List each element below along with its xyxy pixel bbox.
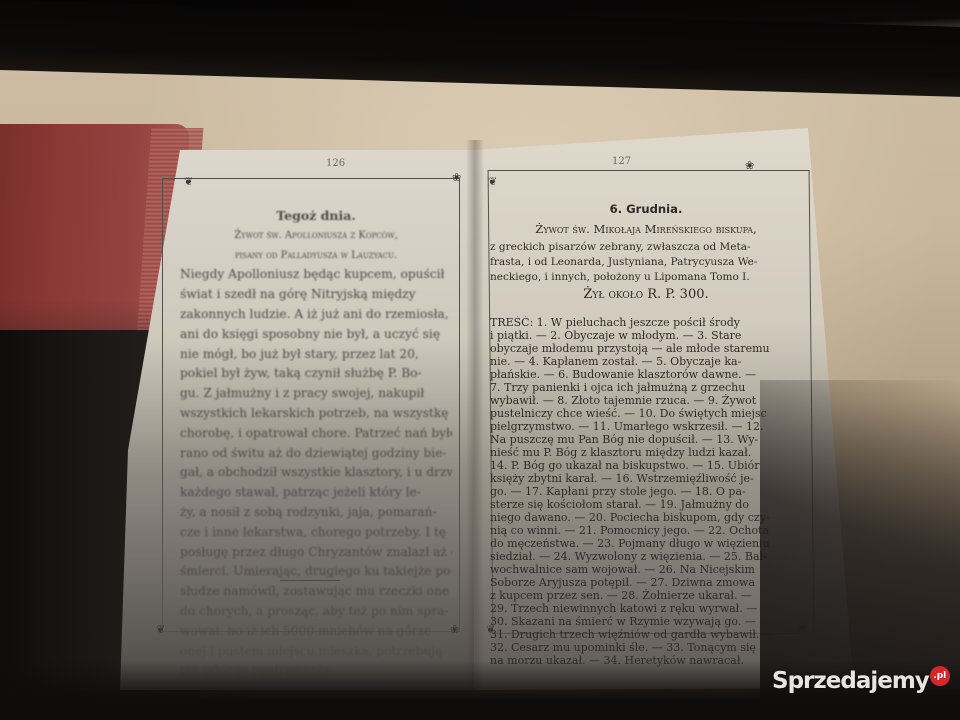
text-line: Soborze Aryjusza potępił. — 27. Dziwna z… <box>490 576 802 589</box>
right-heading: 6. Grudnia. <box>490 200 802 220</box>
text-line: 30. Skazani na śmierć w Rzymie wzywają g… <box>490 615 802 628</box>
text-line: Niegdy Apolloniusz będąc kupcem, opuścił <box>180 265 452 285</box>
text-line: go. — 17. Kapłani przy stole jego. — 18.… <box>490 485 802 498</box>
text-line: nie mógł, bo już był stary, przez lat 20… <box>180 345 452 365</box>
text-line: 31. Drugich trzech więźniów od gardła wy… <box>490 628 802 641</box>
left-heading: Tegoż dnia. <box>180 206 452 226</box>
text-line: nią co winni. — 21. Pomocnicy jego. — 22… <box>490 524 802 537</box>
left-page-text: Tegoż dnia. Żywot św. Apolloniusza z Kop… <box>180 206 452 681</box>
right-page-text: 6. Grudnia. Żywot św. Mikołaja Mireńskie… <box>490 200 802 667</box>
text-line: nieść mu P. Bóg z klasztoru między ludzi… <box>490 446 802 459</box>
left-page-number: 126 <box>326 158 345 169</box>
text-line: z kupcem przez sen. — 28. Żołnierze ukar… <box>490 589 802 602</box>
text-line: obyczaje młodemu przystoją — ale młode s… <box>490 342 802 355</box>
text-line: 14. P. Bóg go ukazał na biskupstwo. — 15… <box>490 459 802 472</box>
ornament-icon: ❦ <box>156 624 165 635</box>
ornament-icon: ❀ <box>452 172 461 183</box>
text-line: do męczeństwa. — 23. Pojmany długo w wię… <box>490 537 802 550</box>
text-line: 29. Trzech niewinnych katowi z ręku wyrw… <box>490 602 802 615</box>
text-line: i piątki. — 2. Obyczaje w młodym. — 3. S… <box>490 329 802 342</box>
text-line: pokiel był żyw, taką czynił służbę P. Bo… <box>180 364 452 384</box>
ornament-icon: ❦ <box>184 176 193 187</box>
text-line: pustelniczy chce wieść. — 10. Do świętyc… <box>490 407 802 420</box>
text-line: Na puszczę mu Pan Bóg nie dopuścił. — 13… <box>490 433 802 446</box>
text-line: gał, a obchodził wszystkie klasztory, i … <box>180 463 452 483</box>
text-line: nie. — 4. Kapłanem został. — 5. Obyczaje… <box>490 355 802 368</box>
text-line: sterze się kościołom starał. — 19. Jałmu… <box>490 498 802 511</box>
text-line: niego dawano. — 20. Pociecha biskupom, g… <box>490 511 802 524</box>
left-subheading: Żywot św. Apolloniusza z Kopców, <box>180 226 452 246</box>
watermark-badge: .pl <box>930 666 950 686</box>
text-line: słudze namówił, zostawując mu rzeczki on… <box>180 582 452 602</box>
section-rule <box>280 580 340 581</box>
book-gutter <box>466 140 484 690</box>
text-line: do chorych, a prosząc, aby też po nim sp… <box>180 602 452 622</box>
watermark-text: Sprzedajemy <box>772 668 929 694</box>
text-line: wochwalnice sam wojował. — 26. Na Nicejs… <box>490 563 802 576</box>
text-line: rano od świtu aż do dziewiątej godziny b… <box>180 444 452 464</box>
ornament-icon: ❦ <box>488 176 497 187</box>
intro-line: neckiego, i innych, położony u Lipomana … <box>490 270 802 285</box>
text-line: płańskie. — 6. Budowanie klasztorów dawn… <box>490 368 802 381</box>
text-line: pielgrzymstwo. — 11. Umarłego wskrzesił.… <box>490 420 802 433</box>
text-line: siedział. — 24. Wyzwolony z więzienia. —… <box>490 550 802 563</box>
text-line: cze i inne lekarstwa, chorego potrzeby. … <box>180 523 452 543</box>
text-line: każdego stawał, patrząc jeżeli który le- <box>180 483 452 503</box>
intro-line: frasta, i od Leonarda, Justyniana, Patry… <box>490 255 802 270</box>
text-line: zakonnych ludzie. A iż już ani do rzemio… <box>180 305 452 325</box>
era-line: Żył około R. P. 300. <box>490 285 802 305</box>
text-line: onej i pustem miejscu mieszka, potrzebuj… <box>180 642 452 662</box>
text-line: 7. Trzy panienki i ojca ich jałmużną z g… <box>490 381 802 394</box>
text-line: chorobę, i opatrował chore. Patrzeć nań … <box>180 424 452 444</box>
right-page-number: 127 <box>612 156 631 167</box>
ornament-icon: ❀ <box>745 160 754 171</box>
intro-line: z greckich pisarzów zebrany, zwłaszcza o… <box>490 240 802 255</box>
text-line: TREŚĆ: 1. W pieluchach jeszcze pościł śr… <box>490 316 802 329</box>
text-line: ży, a nosił z sobą rodzynki, jaja, pomar… <box>180 503 452 523</box>
text-line: wszystkich lekarskich potrzeb, na wszyst… <box>180 404 452 424</box>
text-line: księży zbytni karał. — 16. Wstrzemięźliw… <box>490 472 802 485</box>
text-line: posługę przez długo Chryzantów znalazł a… <box>180 543 452 563</box>
text-line: świat i szedł na górę Nitryjską między <box>180 285 452 305</box>
text-line: wybawił. — 8. Złoto tajemnie rzuca. — 9.… <box>490 394 802 407</box>
right-subheading: Żywot św. Mikołaja Mireńskiego biskupa, <box>490 220 802 240</box>
text-line: 32. Cesarz mu upominki śle. — 33. Tonący… <box>490 641 802 654</box>
text-line: ani do księgi sposobny nie był, a uczyć … <box>180 325 452 345</box>
left-subheading-2: pisany od Palladyusza w Lauzyacu. <box>180 246 452 266</box>
watermark-logo: Sprzedajemy .pl <box>772 668 950 694</box>
text-line: gu. Z jałmużny i z pracy swojej, nakupił <box>180 384 452 404</box>
photo-scene: 126 ❦ ❀ ❦ ❀ Tegoż dnia. Żywot św. Apollo… <box>0 0 960 720</box>
text-line: wował: bo iż ich 5000 mnichów na górze <box>180 622 452 642</box>
